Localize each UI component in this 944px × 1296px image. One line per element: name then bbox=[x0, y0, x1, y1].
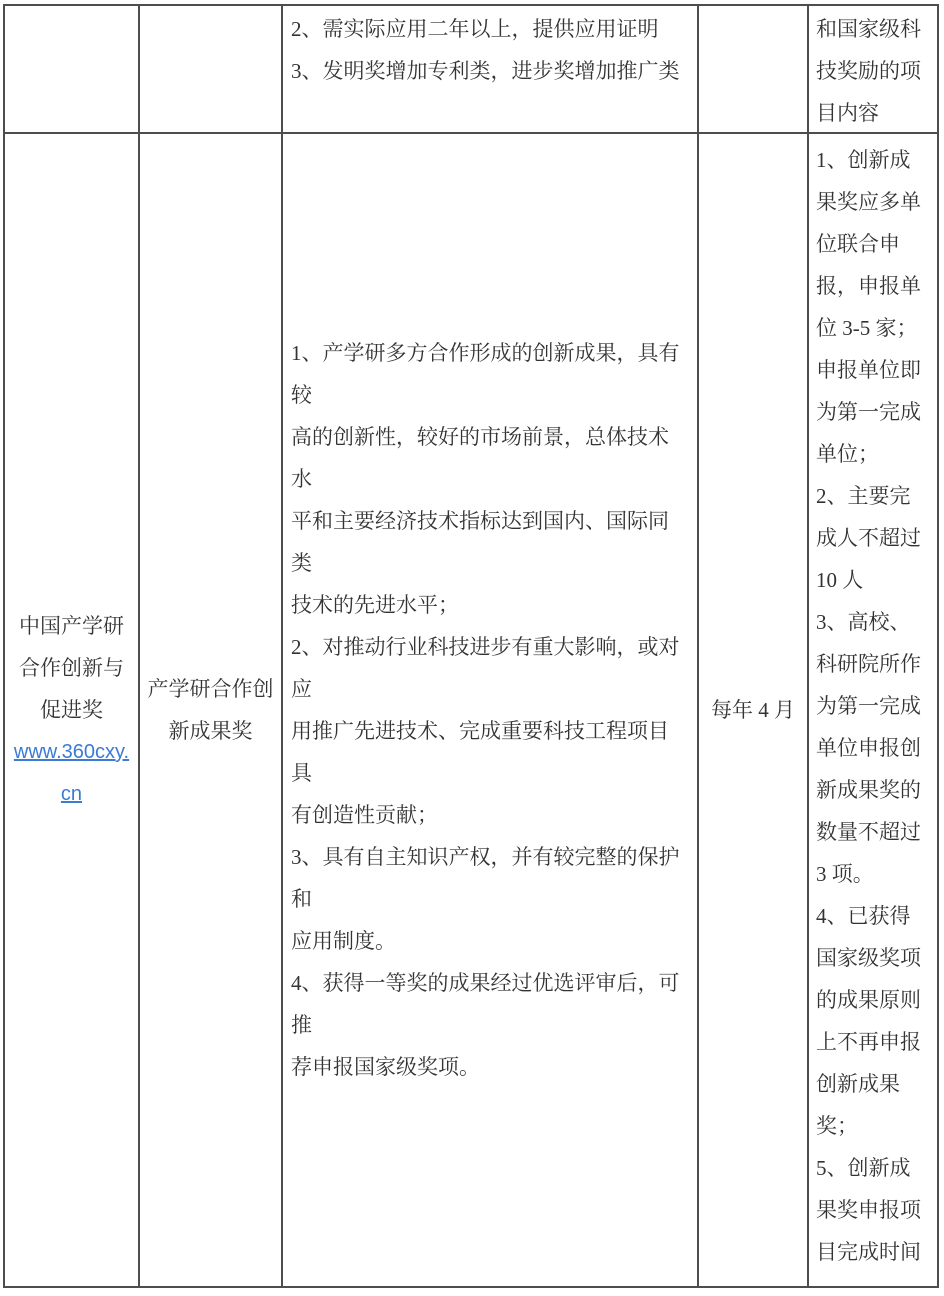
prev-row-deadline-cell bbox=[699, 6, 809, 134]
prev-row-category-cell bbox=[140, 6, 283, 134]
prev-row-notes-text: 和国家级科 技奖励的项 目内容 bbox=[816, 8, 933, 134]
award-deadline-cell: 每年 4 月 bbox=[699, 134, 809, 1286]
award-category-cell: 产学研合作创 新成果奖 bbox=[140, 134, 283, 1286]
award-criteria-cell: 1、产学研多方合作形成的创新成果，具有较 高的创新性，较好的市场前景，总体技术水… bbox=[283, 134, 699, 1286]
document-page: 2、需实际应用二年以上，提供应用证明 3、发明奖增加专利类，进步奖增加推广类 和… bbox=[0, 0, 944, 1296]
prev-row-notes-cell: 和国家级科 技奖励的项 目内容 bbox=[809, 6, 937, 134]
award-website-link[interactable]: www.360cxy. cn bbox=[14, 731, 129, 815]
award-criteria-text: 1、产学研多方合作形成的创新成果，具有较 高的创新性，较好的市场前景，总体技术水… bbox=[291, 332, 687, 1088]
award-deadline-text: 每年 4 月 bbox=[711, 689, 795, 731]
award-name-text: 中国产学研 合作创新与 促进奖 bbox=[19, 605, 124, 731]
prev-row-criteria-text: 2、需实际应用二年以上，提供应用证明 3、发明奖增加专利类，进步奖增加推广类 bbox=[291, 8, 691, 92]
prev-row-award-name-cell bbox=[5, 6, 140, 134]
award-category-text: 产学研合作创 新成果奖 bbox=[148, 668, 274, 752]
awards-table: 2、需实际应用二年以上，提供应用证明 3、发明奖增加专利类，进步奖增加推广类 和… bbox=[3, 4, 939, 1288]
award-notes-text: 1、创新成 果奖应多单 位联合申 报，申报单 位 3-5 家； 申报单位即 为第… bbox=[816, 139, 933, 1273]
award-notes-cell: 1、创新成 果奖应多单 位联合申 报，申报单 位 3-5 家； 申报单位即 为第… bbox=[809, 134, 937, 1286]
prev-row-criteria-cell: 2、需实际应用二年以上，提供应用证明 3、发明奖增加专利类，进步奖增加推广类 bbox=[283, 6, 699, 134]
award-name-cell: 中国产学研 合作创新与 促进奖 www.360cxy. cn bbox=[5, 134, 140, 1286]
